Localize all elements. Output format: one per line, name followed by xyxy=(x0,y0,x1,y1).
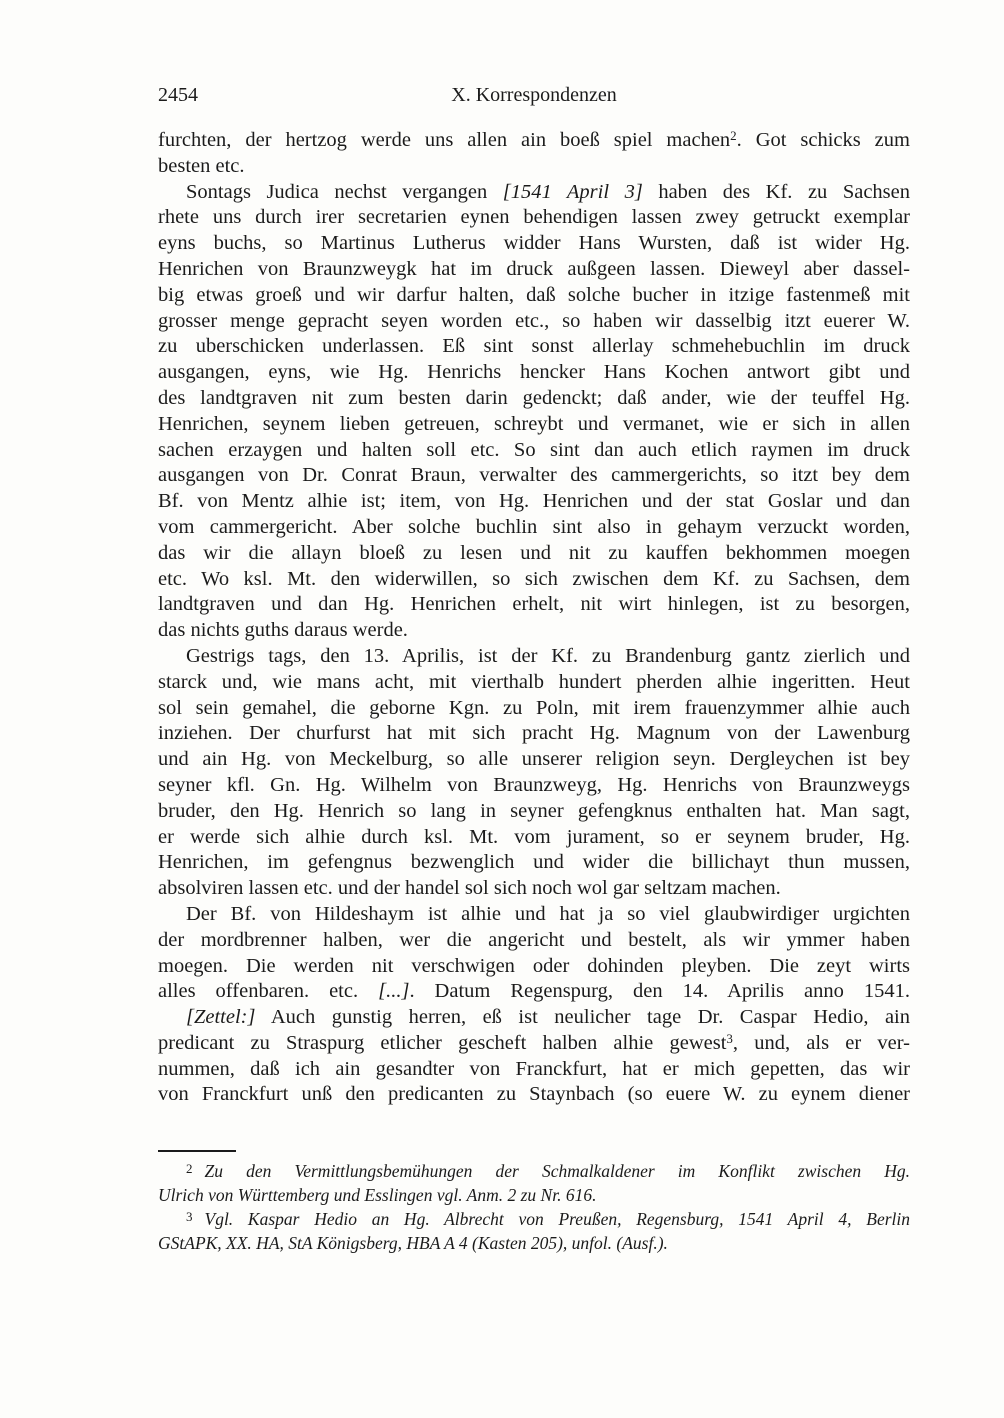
text-run: . Datum Regenspurg, den 14. Aprilis anno… xyxy=(409,980,910,1002)
text-run: das nichts guths daraus werde. xyxy=(158,619,408,641)
text-line: von Franckfurt unß den predicanten zu St… xyxy=(158,1082,910,1108)
text-line: absolviren lassen etc. und der handel so… xyxy=(158,876,910,902)
text-line: moegen. Die werden nit verschwigen oder … xyxy=(158,954,910,980)
text-run: bruder, den Hg. Henrich so lang in seyne… xyxy=(158,800,910,822)
text-run: Bf. von Mentz alhie ist; item, von Hg. H… xyxy=(158,490,910,512)
text-line: nummen, daß ich ain gesandter von Franck… xyxy=(158,1057,910,1083)
text-line: Gestrigs tags, den 13. Aprilis, ist der … xyxy=(158,644,910,670)
text-run: starck und, wie mans acht, mit vierthalb… xyxy=(158,671,910,693)
text-run: er werde sich alhie durch ksl. Mt. vom j… xyxy=(158,826,910,848)
text-run: der mordbrenner halben, wer die angerich… xyxy=(158,929,910,951)
text-run: zu uberschicken underlassen. Eß sint son… xyxy=(158,335,910,357)
footnote-reference: 3 xyxy=(726,1031,733,1046)
text-run: eyns buchs, so Martinus Lutherus widder … xyxy=(158,232,910,254)
text-line: Henrichen, im gefengnus bezwenglich und … xyxy=(158,850,910,876)
text-run: haben des Kf. zu Sachsen xyxy=(643,181,910,203)
paragraph: furchten, der hertzog werde uns allen ai… xyxy=(158,128,910,180)
text-line: alles offenbaren. etc. [...]. Datum Rege… xyxy=(158,979,910,1005)
text-line: das wir die allayn bloeß zu lesen und ni… xyxy=(158,541,910,567)
footnote: 3Vgl. Kaspar Hedio an Hg. Albrecht von P… xyxy=(158,1207,910,1255)
text-run: Auch gunstig herren, eß ist neulicher ta… xyxy=(255,1006,910,1028)
text-line: GStAPK, XX. HA, StA Königsberg, HBA A 4 … xyxy=(158,1231,910,1255)
text-line: zu uberschicken underlassen. Eß sint son… xyxy=(158,334,910,360)
text-line: bruder, den Hg. Henrich so lang in seyne… xyxy=(158,799,910,825)
text-line: rhete uns durch irer secretarien eynen b… xyxy=(158,205,910,231)
text-run: Henrichen, seynem lieben getreuen, schre… xyxy=(158,413,910,435)
text-line: grosser menge gepracht seyen worden etc.… xyxy=(158,309,910,335)
text-run: das wir die allayn bloeß zu lesen und ni… xyxy=(158,542,910,564)
letter-body: furchten, der hertzog werde uns allen ai… xyxy=(158,128,910,1108)
text-line: des landtgraven nit zum besten darin ged… xyxy=(158,386,910,412)
text-line: starck und, wie mans acht, mit vierthalb… xyxy=(158,670,910,696)
text-run: alles offenbaren. etc. xyxy=(158,980,378,1002)
italic-run: Vgl. Kaspar Hedio an Hg. Albrecht von Pr… xyxy=(205,1209,911,1229)
text-run: von Franckfurt unß den predicanten zu St… xyxy=(158,1083,910,1105)
text-line: landtgraven und dan Hg. Henrichen erhelt… xyxy=(158,592,910,618)
text-line: 2Zu den Vermittlungsbemühungen der Schma… xyxy=(158,1159,910,1183)
text-run: ausgangen von Dr. Conrat Braun, verwalte… xyxy=(158,464,910,486)
text-line: [Zettel:] Auch gunstig herren, eß ist ne… xyxy=(158,1005,910,1031)
italic-run: GStAPK, XX. HA, StA Königsberg, HBA A 4 … xyxy=(158,1233,668,1253)
text-line: und ain Hg. von Meckelburg, so alle unse… xyxy=(158,747,910,773)
text-run: Sontags Judica nechst vergangen xyxy=(186,181,503,203)
text-line: 3Vgl. Kaspar Hedio an Hg. Albrecht von P… xyxy=(158,1207,910,1231)
footnote: 2Zu den Vermittlungsbemühungen der Schma… xyxy=(158,1159,910,1207)
italic-run: Zu den Vermittlungsbemühungen der Schmal… xyxy=(205,1161,911,1181)
paragraph: Der Bf. von Hildeshaym ist alhie und hat… xyxy=(158,902,910,1005)
text-line: big etwas groeß und wir darfur halten, d… xyxy=(158,283,910,309)
text-line: etc. Wo ksl. Mt. den widerwillen, so sic… xyxy=(158,567,910,593)
text-line: sol sein gemahel, die geborne Kgn. zu Po… xyxy=(158,696,910,722)
paragraph: [Zettel:] Auch gunstig herren, eß ist ne… xyxy=(158,1005,910,1108)
text-line: Bf. von Mentz alhie ist; item, von Hg. H… xyxy=(158,489,910,515)
italic-run: Ulrich von Württemberg und Esslingen vgl… xyxy=(158,1185,596,1205)
text-line: das nichts guths daraus werde. xyxy=(158,618,910,644)
footnote-marker: 2 xyxy=(186,1161,193,1176)
footnote-separator xyxy=(158,1150,236,1152)
text-run: . Got schicks zum xyxy=(737,129,910,151)
text-column: 2454 X. Korrespondenzen furchten, der he… xyxy=(158,84,910,1255)
text-run: vom cammergericht. Aber solche buchlin s… xyxy=(158,516,910,538)
text-run: Gestrigs tags, den 13. Aprilis, ist der … xyxy=(186,645,910,667)
text-run: besten etc. xyxy=(158,155,245,177)
text-line: Der Bf. von Hildeshaym ist alhie und hat… xyxy=(158,902,910,928)
text-line: Ulrich von Württemberg und Esslingen vgl… xyxy=(158,1183,910,1207)
text-run: rhete uns durch irer secretarien eynen b… xyxy=(158,206,910,228)
text-line: ausgangen, eyns, wie Hg. Henrichs hencke… xyxy=(158,360,910,386)
text-line: Henrichen, seynem lieben getreuen, schre… xyxy=(158,412,910,438)
italic-run: [Zettel:] xyxy=(186,1006,255,1028)
text-line: er werde sich alhie durch ksl. Mt. vom j… xyxy=(158,825,910,851)
text-run: big etwas groeß und wir darfur halten, d… xyxy=(158,284,910,306)
italic-run: [1541 April 3] xyxy=(503,181,643,203)
text-run: moegen. Die werden nit verschwigen oder … xyxy=(158,955,910,977)
text-line: besten etc. xyxy=(158,154,910,180)
text-line: Sontags Judica nechst vergangen [1541 Ap… xyxy=(158,180,910,206)
book-page: 2454 X. Korrespondenzen furchten, der he… xyxy=(0,0,1004,1418)
text-run: seyner kfl. Gn. Hg. Wilhelm von Braunzwe… xyxy=(158,774,910,796)
text-run: nummen, daß ich ain gesandter von Franck… xyxy=(158,1058,910,1080)
text-run: sachen erzaygen und halten soll etc. So … xyxy=(158,439,910,461)
paragraph: Sontags Judica nechst vergangen [1541 Ap… xyxy=(158,180,910,644)
paragraph: Gestrigs tags, den 13. Aprilis, ist der … xyxy=(158,644,910,902)
text-run: Henrichen von Braunzweygk hat im druck a… xyxy=(158,258,910,280)
text-run: predicant zu Straspurg etlicher gescheft… xyxy=(158,1032,726,1054)
running-head: X. Korrespondenzen xyxy=(158,84,910,106)
text-line: inziehen. Der churfurst hat mit sich pra… xyxy=(158,721,910,747)
text-line: sachen erzaygen und halten soll etc. So … xyxy=(158,438,910,464)
footnote-marker: 3 xyxy=(186,1209,193,1224)
text-line: furchten, der hertzog werde uns allen ai… xyxy=(158,128,910,154)
italic-run: [...] xyxy=(378,980,409,1002)
footnotes: 2Zu den Vermittlungsbemühungen der Schma… xyxy=(158,1159,910,1255)
text-run: Henrichen, im gefengnus bezwenglich und … xyxy=(158,851,910,873)
text-run: absolviren lassen etc. und der handel so… xyxy=(158,877,781,899)
text-run: inziehen. Der churfurst hat mit sich pra… xyxy=(158,722,910,744)
text-line: predicant zu Straspurg etlicher gescheft… xyxy=(158,1031,910,1057)
page-header: 2454 X. Korrespondenzen xyxy=(158,84,910,106)
text-line: seyner kfl. Gn. Hg. Wilhelm von Braunzwe… xyxy=(158,773,910,799)
text-line: Henrichen von Braunzweygk hat im druck a… xyxy=(158,257,910,283)
text-run: grosser menge gepracht seyen worden etc.… xyxy=(158,310,910,332)
text-line: eyns buchs, so Martinus Lutherus widder … xyxy=(158,231,910,257)
footnote-reference: 2 xyxy=(730,128,737,143)
text-run: und ain Hg. von Meckelburg, so alle unse… xyxy=(158,748,910,770)
text-line: der mordbrenner halben, wer die angerich… xyxy=(158,928,910,954)
text-line: vom cammergericht. Aber solche buchlin s… xyxy=(158,515,910,541)
text-run: Der Bf. von Hildeshaym ist alhie und hat… xyxy=(186,903,910,925)
text-run: landtgraven und dan Hg. Henrichen erhelt… xyxy=(158,593,910,615)
text-run: ausgangen, eyns, wie Hg. Henrichs hencke… xyxy=(158,361,910,383)
text-run: etc. Wo ksl. Mt. den widerwillen, so sic… xyxy=(158,568,910,590)
text-run: furchten, der hertzog werde uns allen ai… xyxy=(158,129,730,151)
text-run: des landtgraven nit zum besten darin ged… xyxy=(158,387,910,409)
text-line: ausgangen von Dr. Conrat Braun, verwalte… xyxy=(158,463,910,489)
text-run: sol sein gemahel, die geborne Kgn. zu Po… xyxy=(158,697,910,719)
text-run: , und, als er ver- xyxy=(733,1032,910,1054)
